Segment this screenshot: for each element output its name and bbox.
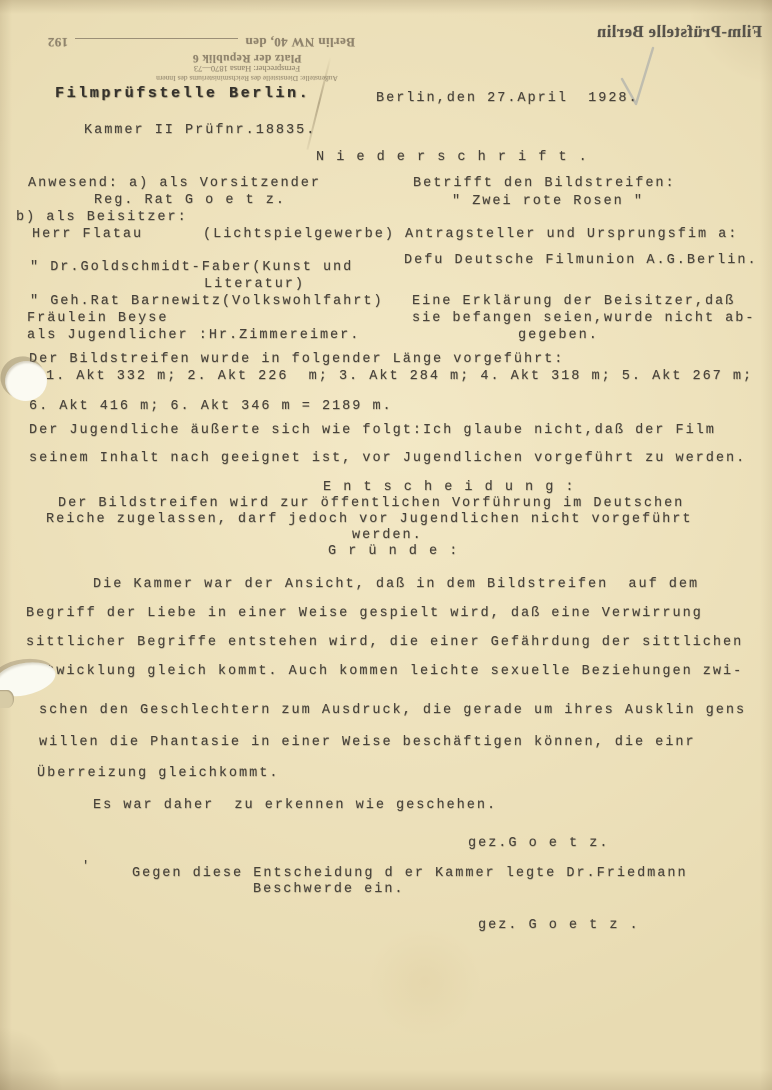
typed-line: seinem Inhalt nach geeignet ist, vor Jug… [29,450,746,467]
letterhead-upside-down: Außenstelle: Dienststelle des Reichsmini… [28,34,360,83]
typed-line: Der Jugendliche äußerte sich wie folgt:I… [29,422,716,439]
typed-line: sittlicher Begriffe entstehen wird, die … [26,634,743,651]
typed-line: Es war daher zu erkennen wie geschehen. [93,797,497,814]
typed-line: Die Kammer war der Ansicht, daß in dem B… [93,576,699,593]
typed-line: werden. [352,527,423,544]
typed-line: b) als Beisitzer: [16,209,188,226]
typed-line: Filmprüfstelle Berlin. [55,85,310,102]
typed-line: gegeben. [518,327,599,344]
film-pruefstelle-stamp-mirrored: Film-Prüfstelle Berlin [548,22,762,42]
typed-line: willen die Phantasie in einer Weise besc… [39,734,696,751]
typed-line: gez. G o e t z . [478,917,640,934]
typed-line: (Lichtspielgewerbe) Antragsteller und Ur… [203,226,738,243]
typed-line: " Dr.Goldschmidt-Faber(Kunst und [30,259,353,276]
typed-line: G r ü n d e : [328,543,459,560]
typed-line: Herr Flatau [32,226,143,243]
typed-line: " Geh.Rat Barnewitz(Volkswohlfahrt) [30,293,384,310]
typed-line: Kammer II Prüfnr.18835. [84,122,316,139]
typed-line: gez.G o e t z. [468,835,609,852]
typed-line: 1. Akt 332 m; 2. Akt 226 m; 3. Akt 284 m… [46,368,753,385]
typed-line: sie befangen seien,wurde nicht ab- [412,310,755,327]
letterhead-date-line: Berlin NW 40, den192 [28,34,360,50]
typed-line: Entwicklung gleich kommt. Auch kommen le… [26,663,743,680]
letterhead-year-stub: 192 [47,35,68,50]
typed-line: N i e d e r s c h r i f t . [316,149,589,166]
typed-line: Begriff der Liebe in einer Weise gespiel… [26,605,703,622]
typed-line: Literatur) [204,276,305,293]
typed-line: Betrifft den Bildstreifen: [413,175,676,192]
paper-tear-notch [0,690,14,708]
typed-line: Beschwerde ein. [253,881,405,898]
typed-line: Der Bildstreifen wird zur öffentlichen V… [58,495,684,512]
typed-line: Reiche zugelassen, darf jedoch vor Jugen… [46,511,692,528]
letterhead-rule [75,38,238,49]
typed-line: schen den Geschlechtern zum Ausdruck, di… [39,702,746,719]
typed-line: Anwesend: a) als Vorsitzender [28,175,321,192]
typed-line: E n t s c h e i d u n g : [323,479,576,496]
letterhead-address-line: Platz der Republik 6 [134,52,360,64]
typed-line: Überreizung gleichkommt. [37,765,279,782]
typed-line: Der Bildstreifen wurde in folgender Läng… [29,351,564,368]
typed-line: Reg. Rat G o e t z. [94,192,286,209]
typed-line: Defu Deutsche Filmunion A.G.Berlin. [404,252,758,269]
letterhead-city-label: Berlin NW 40, den [245,35,355,50]
typed-line: als Jugendlicher :Hr.Zimmereimer. [27,327,360,344]
typed-line: " Zwei rote Rosen " [452,193,644,210]
typed-line: Gegen diese Entscheidung d er Kammer leg… [132,865,688,882]
typed-line: ' [82,858,91,875]
typed-line: Fräulein Beyse [27,310,168,327]
typed-line: Eine Erklärung der Beisitzer,daß [412,293,735,310]
typed-line: 6. Akt 416 m; 6. Akt 346 m = 2189 m. [29,398,393,415]
document-page: Außenstelle: Dienststelle des Reichsmini… [0,0,772,1090]
typed-line: Berlin,den 27.April 1928. [376,90,639,107]
